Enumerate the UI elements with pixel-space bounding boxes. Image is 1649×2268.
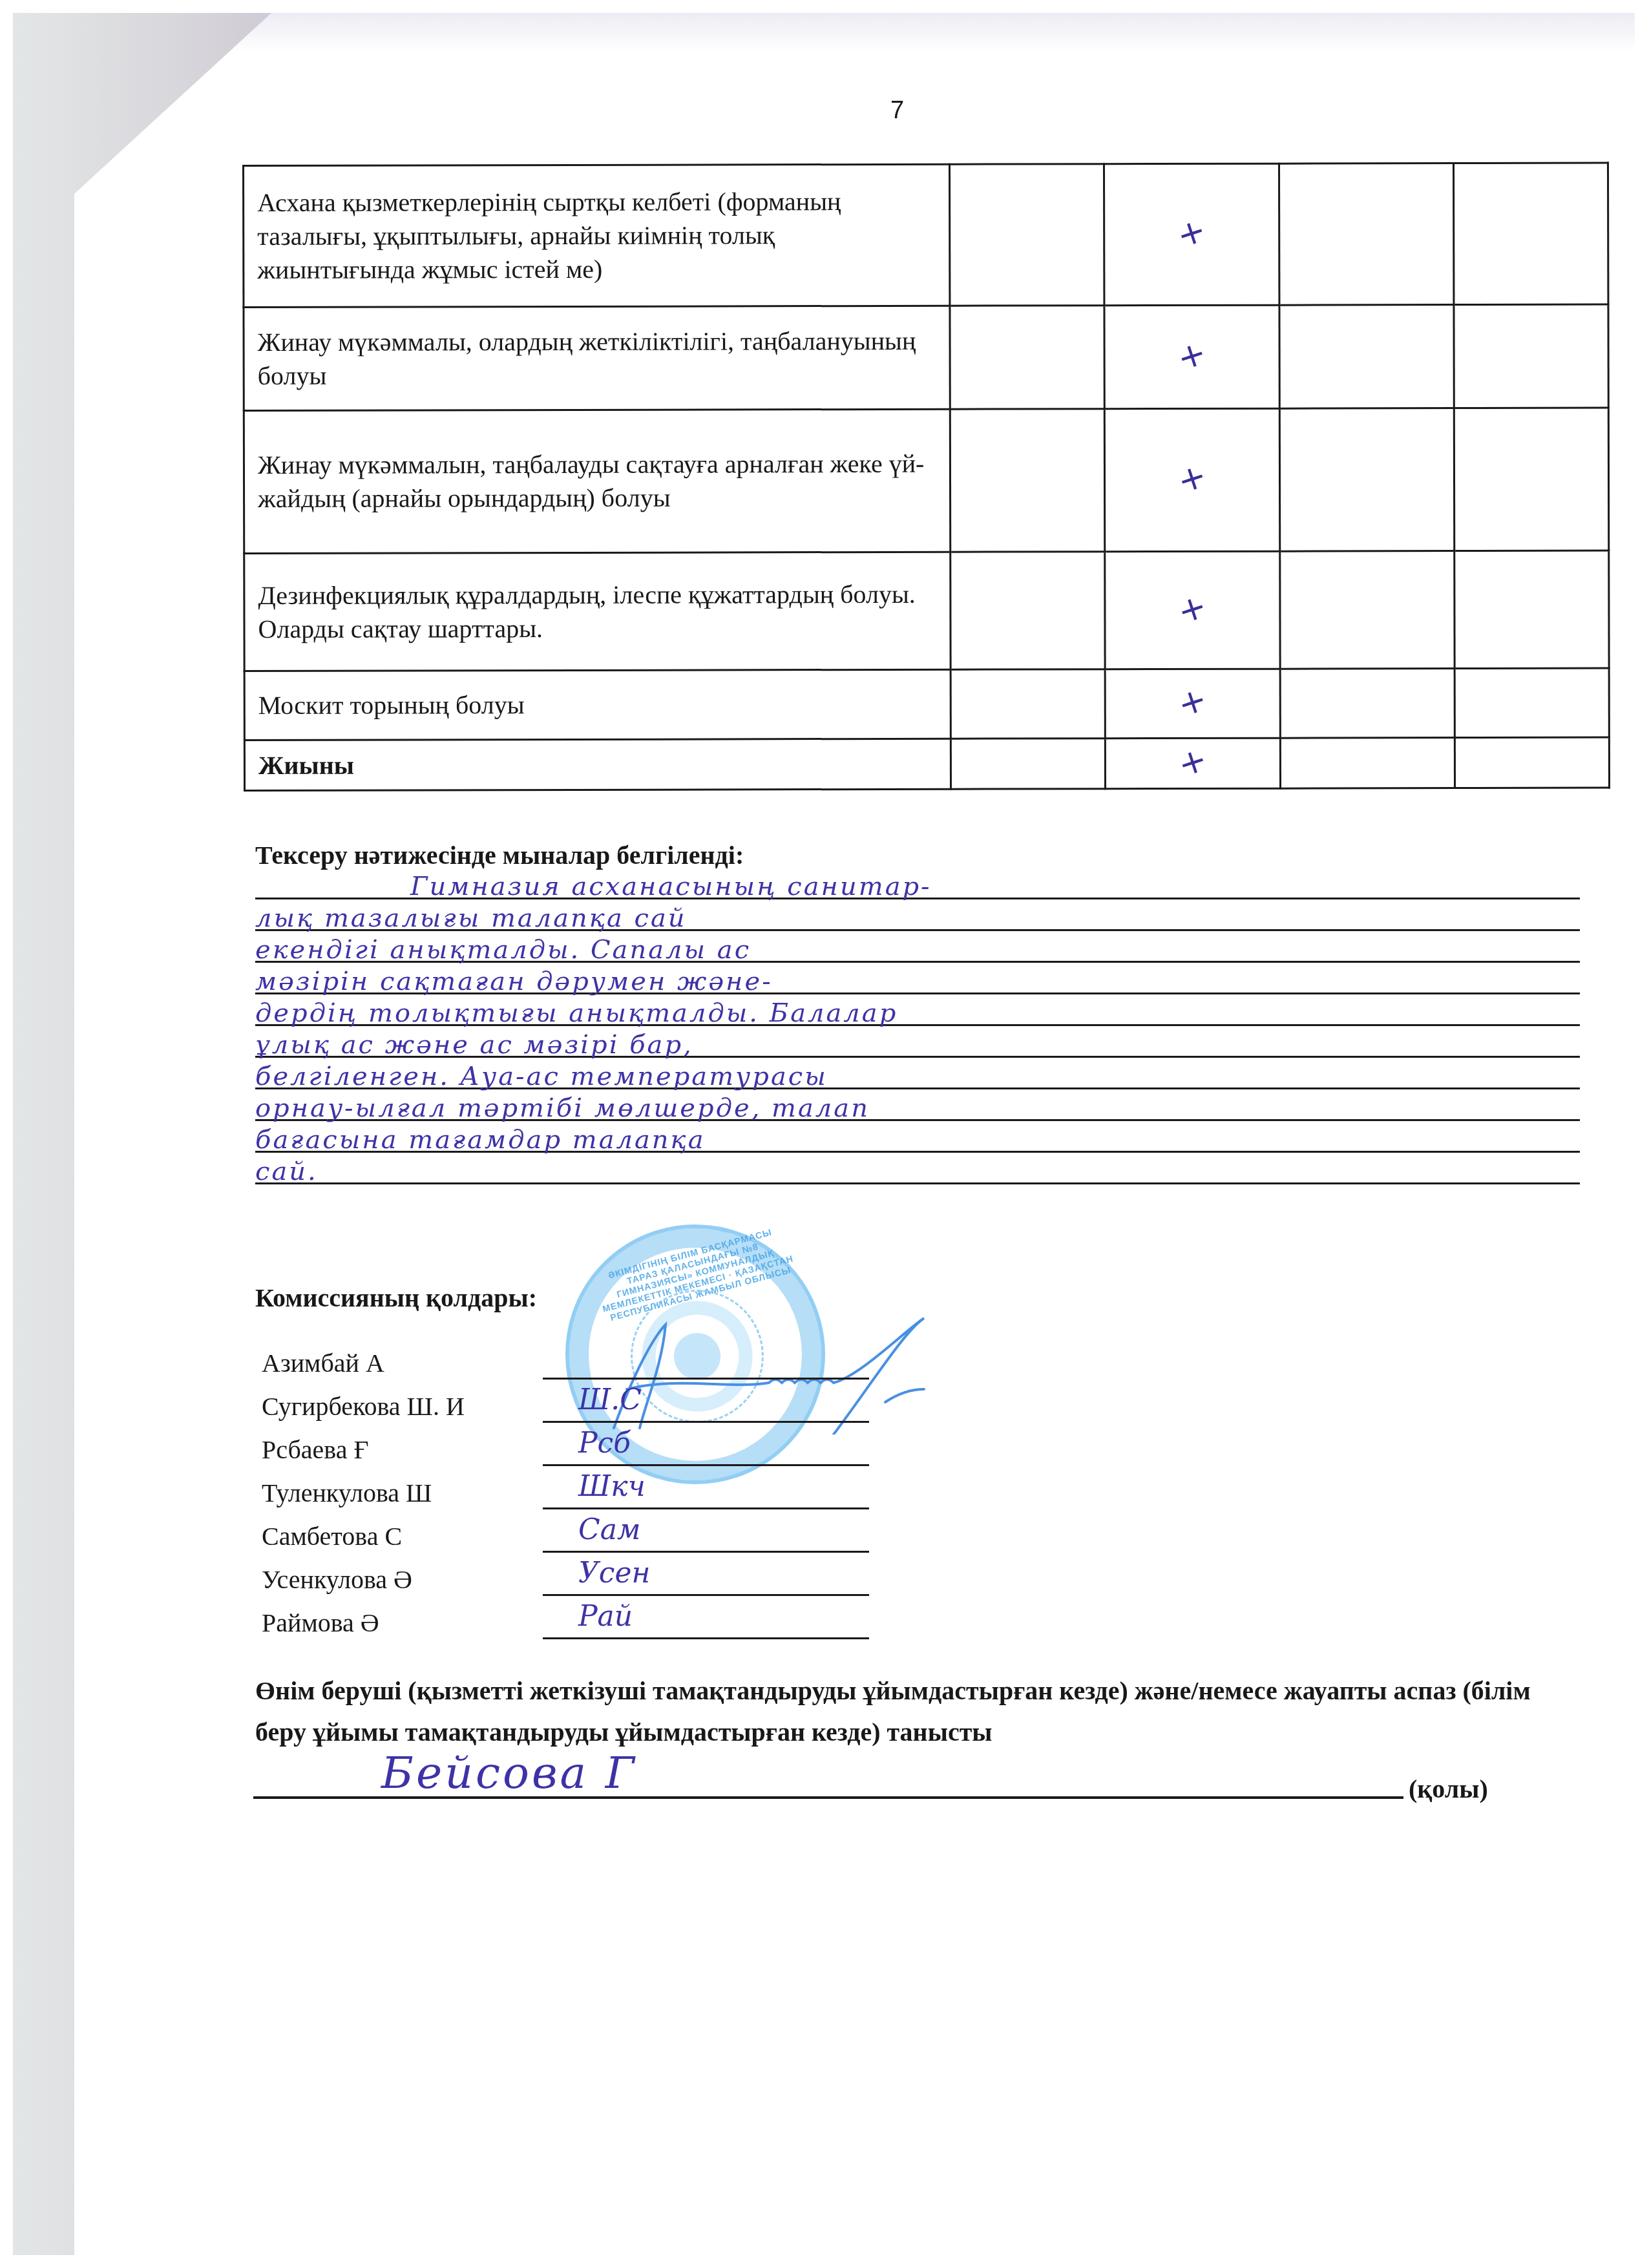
member-name: Туленкулова Ш	[262, 1478, 432, 1508]
member-name: Раймова Ә	[262, 1608, 379, 1638]
criterion-cell: Асхана қызметкерлерінің сыртқы келбеті (…	[244, 164, 950, 307]
writing-line: сай.	[255, 1153, 1580, 1184]
mark-cell: +	[1104, 305, 1279, 409]
mark-cell	[1454, 408, 1608, 551]
criterion-cell: Москит торының болуы	[244, 669, 951, 740]
member-signature: Рсб	[578, 1427, 631, 1460]
mark-cell	[1279, 305, 1454, 409]
signature-line	[543, 1464, 869, 1466]
mark-cell	[1280, 669, 1455, 739]
chair-signature	[601, 1305, 937, 1434]
handwritten-text: дердің толықтығы анықталды. Балалар	[255, 998, 898, 1028]
mark-cell: +	[1105, 669, 1280, 739]
mark-cell	[1279, 163, 1453, 306]
findings-heading: Тексеру нәтижесінде мыналар белгіленді:	[255, 840, 744, 870]
provider-acknowledgement: Өнім беруші (қызметті жеткізуші тамақтан…	[255, 1670, 1548, 1753]
mark-cell: +	[1104, 408, 1279, 552]
handwritten-text: лық тазалығы талапқа сай	[255, 903, 687, 933]
handwritten-text: сай.	[255, 1157, 318, 1186]
mark-cell: +	[1105, 738, 1280, 789]
writing-line: белгіленген. Ауа-ас температурасы	[255, 1058, 1580, 1089]
handwritten-plus-mark: +	[1173, 335, 1211, 376]
member-name: Самбетова С	[262, 1521, 402, 1551]
member-name: Азимбай А	[262, 1348, 384, 1378]
page-number: 7	[890, 97, 904, 125]
handwritten-plus-mark: +	[1174, 742, 1212, 782]
writing-line: орнау-ылғал тәртібі мөлшерде, талап	[255, 1089, 1580, 1121]
mark-cell: +	[1105, 551, 1280, 669]
mark-cell	[1453, 163, 1608, 305]
handwritten-text: белгіленген. Ауа-ас температурасы	[255, 1062, 828, 1091]
writing-line: Гимназия асханасының санитар-	[255, 868, 1580, 899]
member-signature: Рай	[578, 1600, 633, 1633]
writing-line: екендігі анықталды. Сапалы ас	[255, 931, 1580, 963]
writing-line: бағасына тағамдар талапқа	[255, 1121, 1580, 1153]
table-row: Жиыны+	[244, 737, 1609, 790]
provider-signature-line	[253, 1796, 1403, 1799]
mark-cell	[951, 669, 1105, 739]
findings-lines: Гимназия асханасының санитар-лық тазалығ…	[255, 868, 1580, 1184]
mark-cell	[1455, 668, 1609, 738]
mark-cell	[950, 164, 1104, 306]
handwritten-plus-mark: +	[1174, 589, 1212, 629]
handwritten-text: орнау-ылғал тәртібі мөлшерде, талап	[255, 1093, 870, 1123]
handwritten-plus-mark: +	[1173, 458, 1211, 499]
member-signature: Ш.С	[578, 1383, 642, 1416]
criterion-cell: Дезинфекциялық құралдардың, ілеспе құжат…	[244, 552, 951, 671]
criterion-cell: Жинау мүкәммалын, таңбалауды сақтауға ар…	[244, 409, 950, 553]
handwritten-plus-mark: +	[1173, 213, 1210, 253]
commission-heading: Комиссияның қолдары:	[255, 1283, 537, 1313]
signature-line	[543, 1378, 869, 1380]
provider-signature: Бейсова Г	[381, 1748, 637, 1799]
mark-cell: +	[1104, 163, 1279, 306]
handwritten-plus-mark: +	[1174, 682, 1212, 722]
writing-line: дердің толықтығы анықталды. Балалар	[255, 994, 1580, 1026]
handwritten-text: Гимназия асханасының санитар-	[410, 872, 932, 901]
mark-cell	[950, 306, 1104, 410]
mark-cell	[1455, 551, 1609, 669]
mark-cell	[1280, 738, 1455, 789]
mark-cell	[950, 409, 1104, 552]
handwritten-text: бағасына тағамдар талапқа	[255, 1125, 706, 1155]
member-signature: Сам	[578, 1513, 640, 1546]
signature-line	[543, 1421, 869, 1423]
member-name: Рсбаева Ғ	[262, 1434, 369, 1465]
table-row: Жинау мүкәммалы, олардың жеткіліктілігі,…	[244, 304, 1608, 410]
table-row: Асхана қызметкерлерінің сыртқы келбеті (…	[244, 163, 1608, 307]
signature-line	[543, 1594, 869, 1596]
table-row: Жинау мүкәммалын, таңбалауды сақтауға ар…	[244, 408, 1608, 553]
table-row: Москит торының болуы+	[244, 668, 1609, 740]
mark-cell	[951, 739, 1105, 790]
signature-label: (қолы)	[1409, 1774, 1488, 1804]
handwritten-text: ұлық ас және ас мәзірі бар,	[255, 1030, 693, 1060]
signature-line	[543, 1637, 869, 1639]
handwritten-text: екендігі анықталды. Сапалы ас	[255, 935, 751, 965]
member-signature: Усен	[578, 1557, 650, 1590]
criterion-cell: Жиыны	[244, 739, 951, 790]
mark-cell	[1455, 737, 1609, 788]
member-name: Усенкулова Ә	[262, 1564, 412, 1595]
member-signature: Шкч	[578, 1470, 646, 1503]
table-row: Дезинфекциялық құралдардың, ілеспе құжат…	[244, 551, 1609, 671]
criterion-cell: Жинау мүкәммалы, олардың жеткіліктілігі,…	[244, 306, 950, 410]
mark-cell	[1280, 551, 1455, 669]
writing-line: ұлық ас және ас мәзірі бар,	[255, 1026, 1580, 1058]
writing-line: мәзірін сақтаған дәрумен және-	[255, 963, 1580, 994]
signature-line	[543, 1507, 869, 1509]
signature-line	[543, 1551, 869, 1553]
inspection-table: Асхана қызметкерлерінің сыртқы келбеті (…	[242, 162, 1610, 792]
mark-cell	[951, 552, 1105, 670]
mark-cell	[1279, 408, 1454, 552]
writing-line: лық тазалығы талапқа сай	[255, 899, 1580, 931]
member-name: Сугирбекова Ш. И	[262, 1391, 465, 1422]
handwritten-text: мәзірін сақтаған дәрумен және-	[255, 967, 773, 996]
mark-cell	[1454, 304, 1608, 408]
